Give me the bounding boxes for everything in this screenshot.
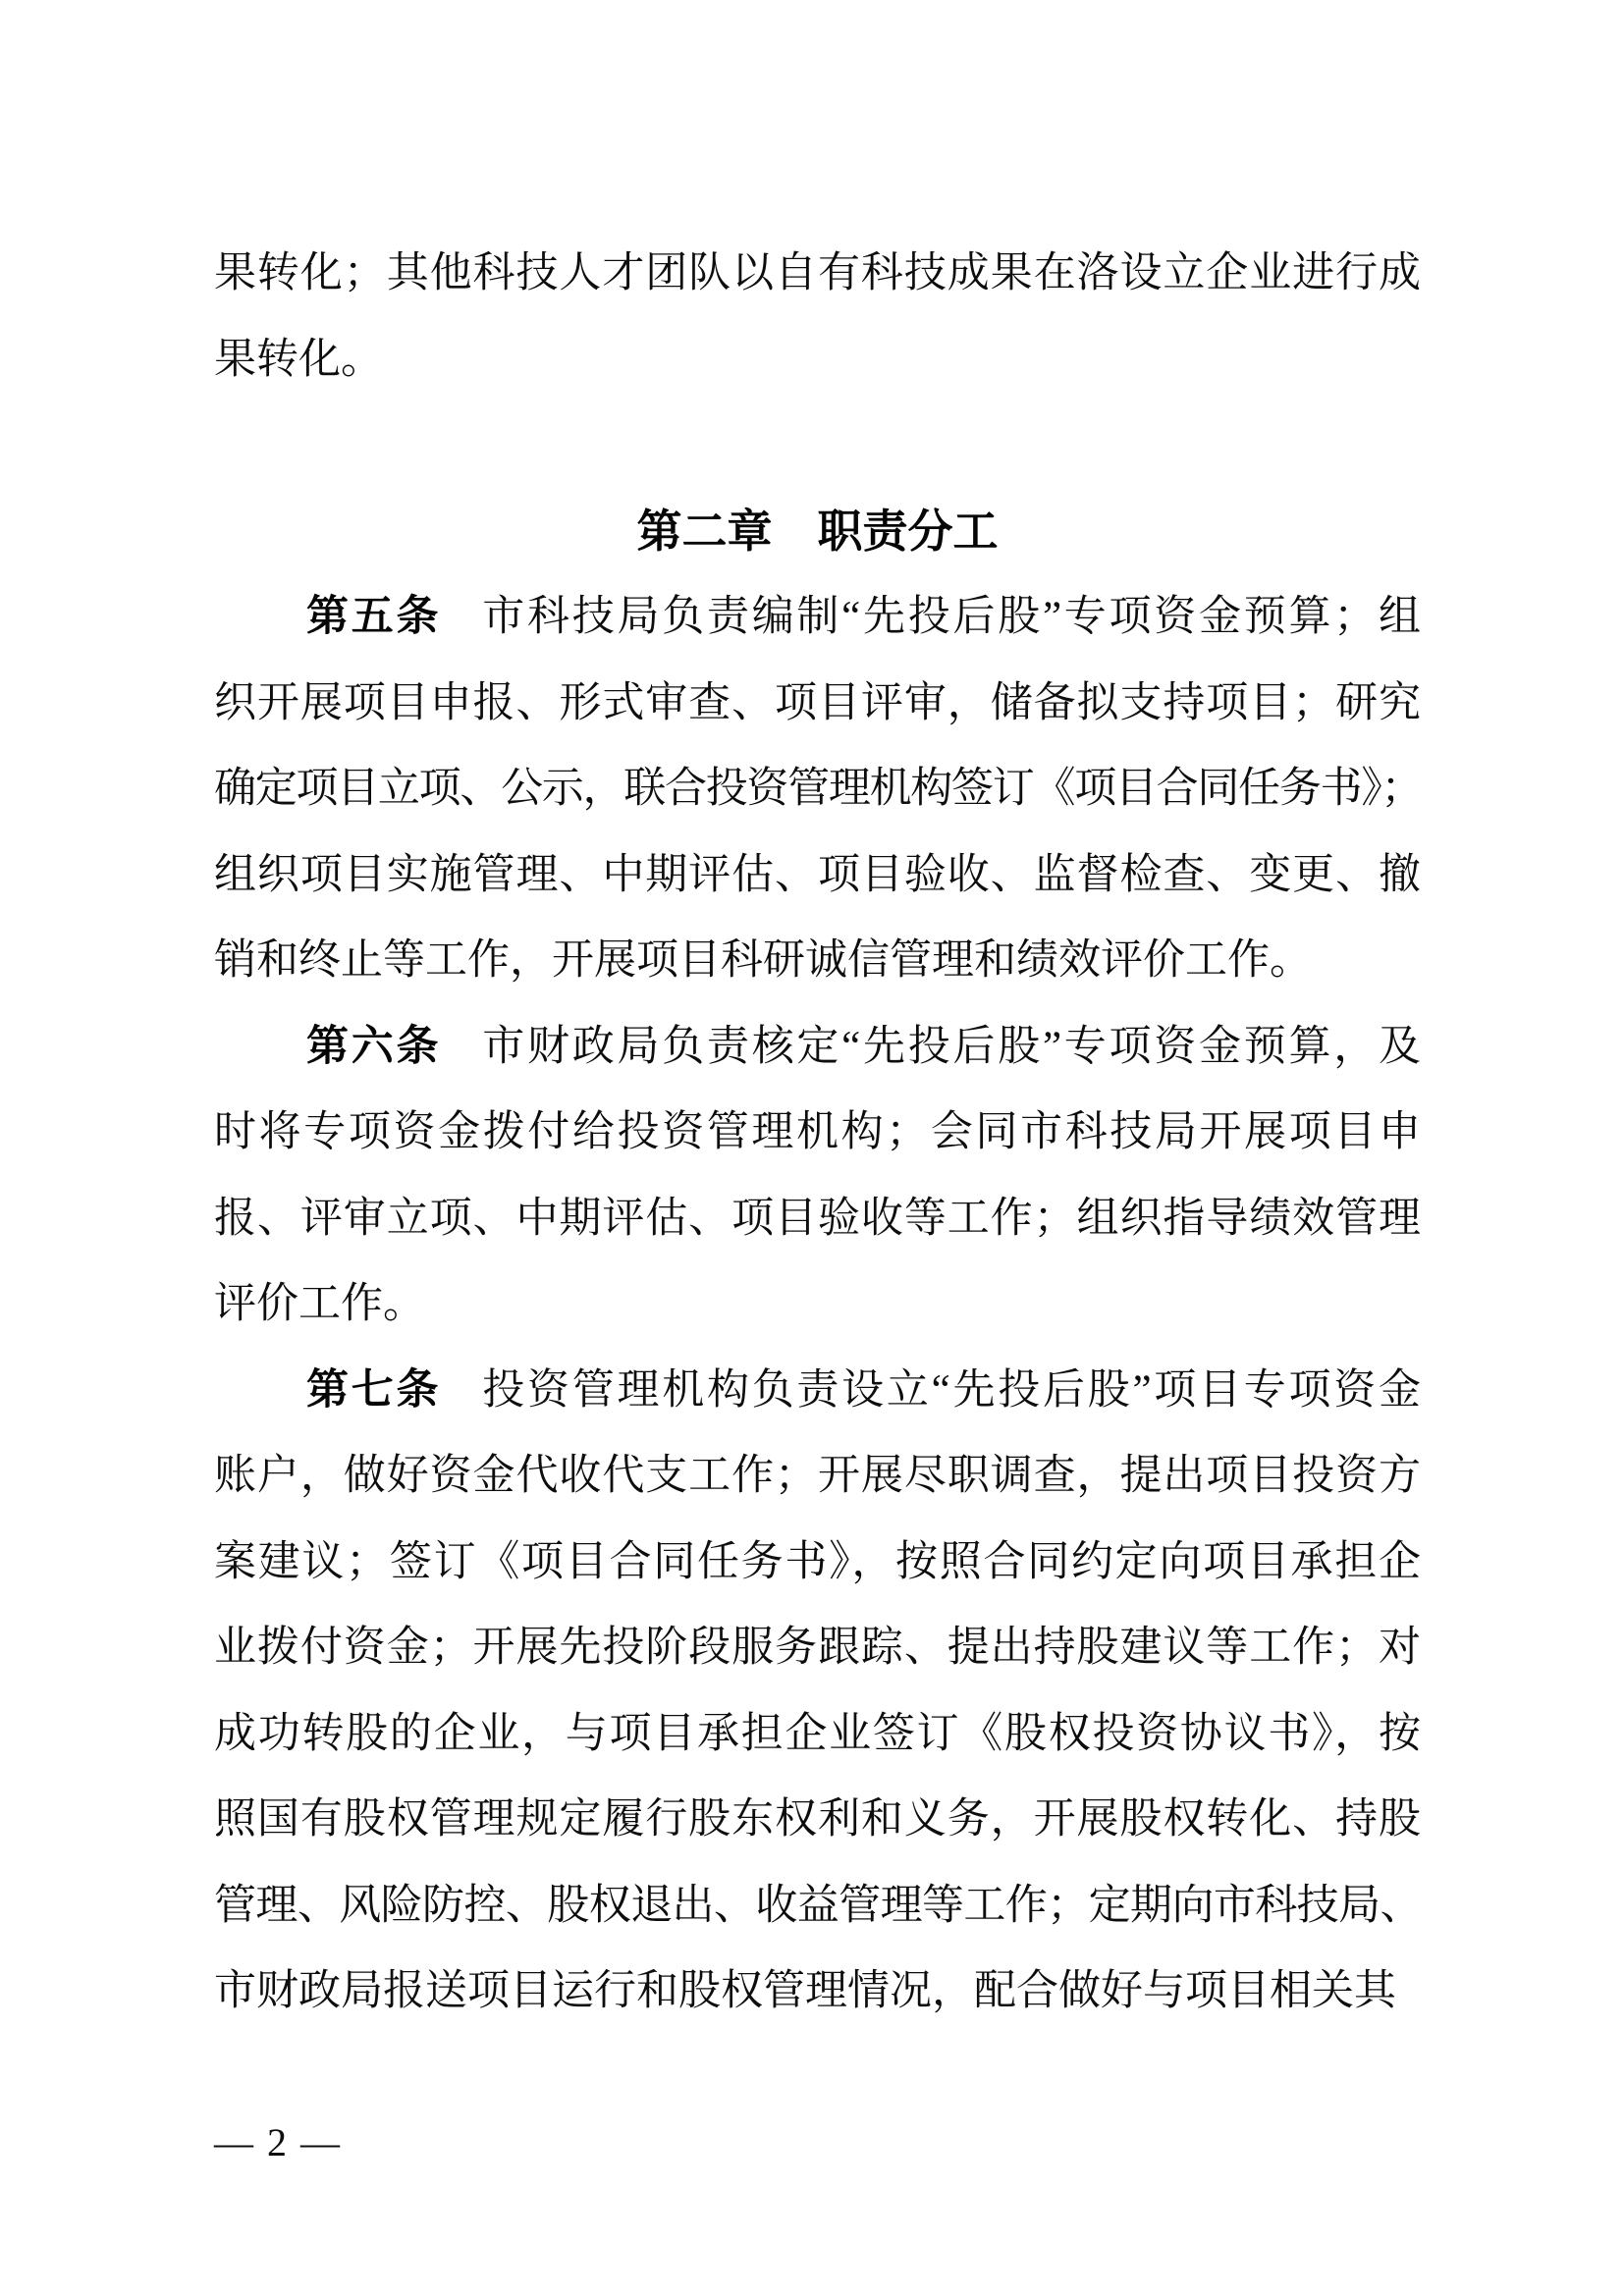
text-block: 果转化；其他科技人才团队以自有科技成果在洛设立企业进行成 果转化。 第二章 职责… — [214, 231, 1421, 2035]
chapter-heading: 第二章 职责分工 — [214, 489, 1421, 575]
document-page: 果转化；其他科技人才团队以自有科技成果在洛设立企业进行成 果转化。 第二章 职责… — [0, 0, 1624, 2296]
text-line: 销和终止等工作，开展项目科研诚信管理和绩效评价工作。 — [214, 918, 1421, 1004]
text-line: 果转化。 — [214, 317, 1421, 403]
text-line: 管理、风险防控、股权退出、收益管理等工作；定期向市科技局、 — [214, 1863, 1421, 1949]
text-line: 织开展项目申报、形式审查、项目评审，储备拟支持项目；研究 — [214, 661, 1421, 747]
article-text: 市财政局负责核定“先投后股”专项资金预算，及 — [482, 1024, 1421, 1070]
article-number: 第七条 — [306, 1367, 441, 1414]
article-number: 第六条 — [306, 1024, 441, 1070]
text-line: 果转化；其他科技人才团队以自有科技成果在洛设立企业进行成 — [214, 231, 1421, 317]
text-line: 账户，做好资金代收代支工作；开展尽职调查，提出项目投资方 — [214, 1433, 1421, 1520]
text-line: 组织项目实施管理、中期评估、项目验收、监督检查、变更、撤 — [214, 832, 1421, 919]
text-line: 时将专项资金拨付给投资管理机构；会同市科技局开展项目申 — [214, 1090, 1421, 1176]
text-line: 评价工作。 — [214, 1261, 1421, 1348]
text-line: 确定项目立项、公示，联合投资管理机构签订《项目合同任务书》； — [214, 746, 1421, 832]
article-number: 第五条 — [306, 594, 441, 640]
text-line: 第五条市科技局负责编制“先投后股”专项资金预算；组 — [214, 574, 1421, 661]
text-line: 市财政局报送项目运行和股权管理情况，配合做好与项目相关其 — [214, 1949, 1421, 2035]
blank-line — [214, 402, 1421, 489]
page-number: — 2 — — [214, 2118, 342, 2167]
text-line: 第六条市财政局负责核定“先投后股”专项资金预算，及 — [214, 1004, 1421, 1091]
article-text: 投资管理机构负责设立“先投后股”项目专项资金 — [482, 1367, 1421, 1414]
text-line: 第七条投资管理机构负责设立“先投后股”项目专项资金 — [214, 1348, 1421, 1434]
article-text: 市科技局负责编制“先投后股”专项资金预算；组 — [482, 594, 1421, 640]
text-line: 案建议；签订《项目合同任务书》，按照合同约定向项目承担企 — [214, 1520, 1421, 1606]
text-line: 成功转股的企业，与项目承担企业签订《股权投资协议书》，按 — [214, 1691, 1421, 1778]
text-line: 照国有股权管理规定履行股东权利和义务，开展股权转化、持股 — [214, 1777, 1421, 1863]
text-line: 报、评审立项、中期评估、项目验收等工作；组织指导绩效管理 — [214, 1176, 1421, 1262]
text-line: 业拨付资金；开展先投阶段服务跟踪、提出持股建议等工作；对 — [214, 1605, 1421, 1691]
